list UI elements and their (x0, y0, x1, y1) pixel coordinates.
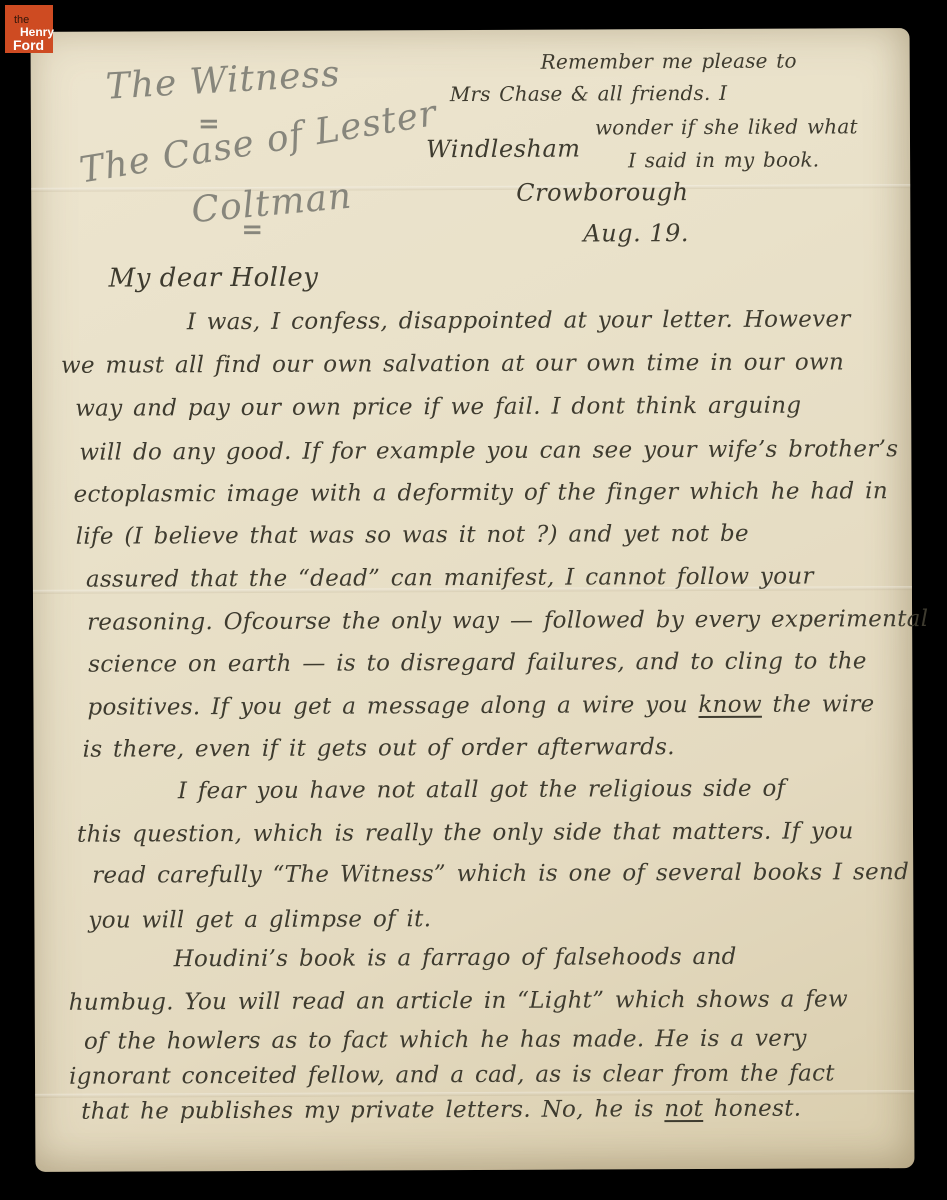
note-line: Remember me please to (541, 51, 797, 72)
salutation: My dear Holley (109, 265, 319, 292)
fold-crease (31, 184, 910, 192)
note-line: Mrs Chase & all friends. I (450, 83, 728, 104)
letter-line: reasoning. Ofcourse the only way — follo… (87, 608, 928, 635)
screenshot-root: { "logo": { "the": "the", "henry": "Henr… (0, 0, 947, 1200)
letter-line: read carefully “The Witness” which is on… (92, 861, 909, 888)
letter-line: I was, I confess, disappointed at your l… (187, 308, 851, 334)
pencil-annotation-title: The Case of Lester (77, 96, 439, 190)
letter-line: that he publishes my private letters. No… (81, 1098, 801, 1124)
pencil-annotation-equals: = (241, 217, 263, 243)
letter-line: is there, even if it gets out of order a… (83, 736, 675, 762)
henry-ford-logo: the Henry Ford (5, 5, 53, 53)
note-line: I said in my book. (628, 149, 819, 170)
letter-line: way and pay our own price if we fail. I … (75, 395, 801, 421)
letter-line-text: the wire (762, 691, 875, 717)
letter-line-text: honest. (703, 1096, 801, 1122)
letter-line: assured that the “dead” can manifest, I … (86, 566, 814, 592)
note-line: wonder if she liked what (595, 116, 858, 137)
letter-line-text: that he publishes my private letters. No… (81, 1096, 664, 1125)
letter-line: of the howlers as to fact which he has m… (84, 1028, 807, 1054)
letter-page: The Witness = The Case of Lester Coltman… (31, 28, 915, 1172)
pencil-annotation-title: Coltman (190, 179, 354, 230)
logo-text-ford: Ford (13, 37, 44, 53)
letter-line: we must all find our own salvation at ou… (61, 351, 844, 377)
letter-line: humbug. You will read an article in “Lig… (69, 988, 848, 1014)
letter-line: this question, which is really the only … (77, 820, 854, 846)
letter-line: you will get a glimpse of it. (88, 908, 431, 932)
date-line: Aug. 19. (583, 221, 689, 245)
underlined-word: not (664, 1096, 703, 1122)
underlined-word: know (698, 692, 762, 718)
letter-line: ignorant conceited fellow, and a cad, as… (69, 1062, 835, 1088)
letter-line: ectoplasmic image with a deformity of th… (73, 480, 887, 507)
pencil-annotation-title: The Witness (105, 56, 341, 105)
letter-line: will do any good. If for example you can… (79, 438, 898, 465)
letter-line: positives. If you get a message along a … (87, 693, 874, 719)
letter-line: science on earth — is to disregard failu… (88, 650, 867, 676)
letter-line: Houdini’s book is a farrago of falsehood… (174, 946, 737, 971)
letter-line-text: positives. If you get a message along a … (87, 692, 698, 721)
address-line: Windlesham (426, 137, 581, 162)
letter-line: I fear you have not atall got the religi… (178, 778, 786, 804)
address-line: Crowborough (516, 180, 688, 205)
letter-line: life (I believe that was so was it not ?… (76, 523, 749, 549)
